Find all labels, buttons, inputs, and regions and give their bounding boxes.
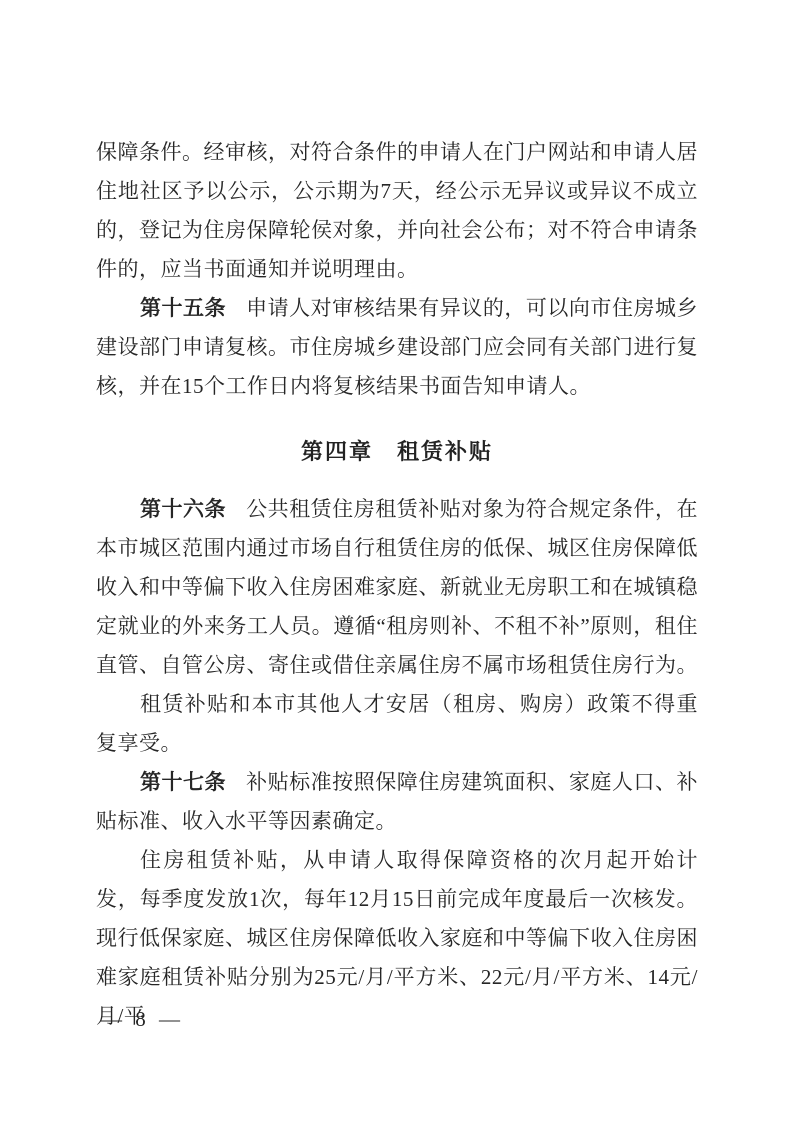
subsidy-payment-text: 住房租赁补贴，从申请人取得保障资格的次月起开始计发，每季度发放1次，每年12月1… <box>96 848 698 1028</box>
paragraph-article-16: 第十六条公共租赁住房租赁补贴对象为符合规定条件，在本市城区范围内通过市场自行租赁… <box>96 490 698 685</box>
article-16-label: 第十六条 <box>140 497 226 521</box>
article-17-label: 第十七条 <box>140 770 226 794</box>
paragraph-continuation-text: 保障条件。经审核，对符合条件的申请人在门户网站和申请人居住地社区予以公示，公示期… <box>96 140 698 281</box>
article-16-text: 公共租赁住房租赁补贴对象为符合规定条件，在本市城区范围内通过市场自行租赁住房的低… <box>96 497 698 677</box>
document-page: 保障条件。经审核，对符合条件的申请人在门户网站和申请人居住地社区予以公示，公示期… <box>0 0 794 1123</box>
paragraph-article-17: 第十七条补贴标准按照保障住房建筑面积、家庭人口、补贴标准、收入水平等因素确定。 <box>96 763 698 841</box>
document-body: 保障条件。经审核，对符合条件的申请人在门户网站和申请人居住地社区予以公示，公示期… <box>96 133 698 1036</box>
paragraph-subsidy-payment: 住房租赁补贴，从申请人取得保障资格的次月起开始计发，每季度发放1次，每年12月1… <box>96 841 698 1036</box>
paragraph-no-duplicate-benefit: 租赁补贴和本市其他人才安居（租房、购房）政策不得重复享受。 <box>96 685 698 763</box>
page-number: — 8 — <box>101 1000 184 1039</box>
article-15-label: 第十五条 <box>140 296 226 320</box>
chapter-4-heading: 第四章 租赁补贴 <box>96 432 698 471</box>
paragraph-article-15: 第十五条申请人对审核结果有异议的，可以向市住房城乡建设部门申请复核。市住房城乡建… <box>96 289 698 406</box>
no-duplicate-benefit-text: 租赁补贴和本市其他人才安居（租房、购房）政策不得重复享受。 <box>96 692 698 755</box>
paragraph-continuation: 保障条件。经审核，对符合条件的申请人在门户网站和申请人居住地社区予以公示，公示期… <box>96 133 698 289</box>
